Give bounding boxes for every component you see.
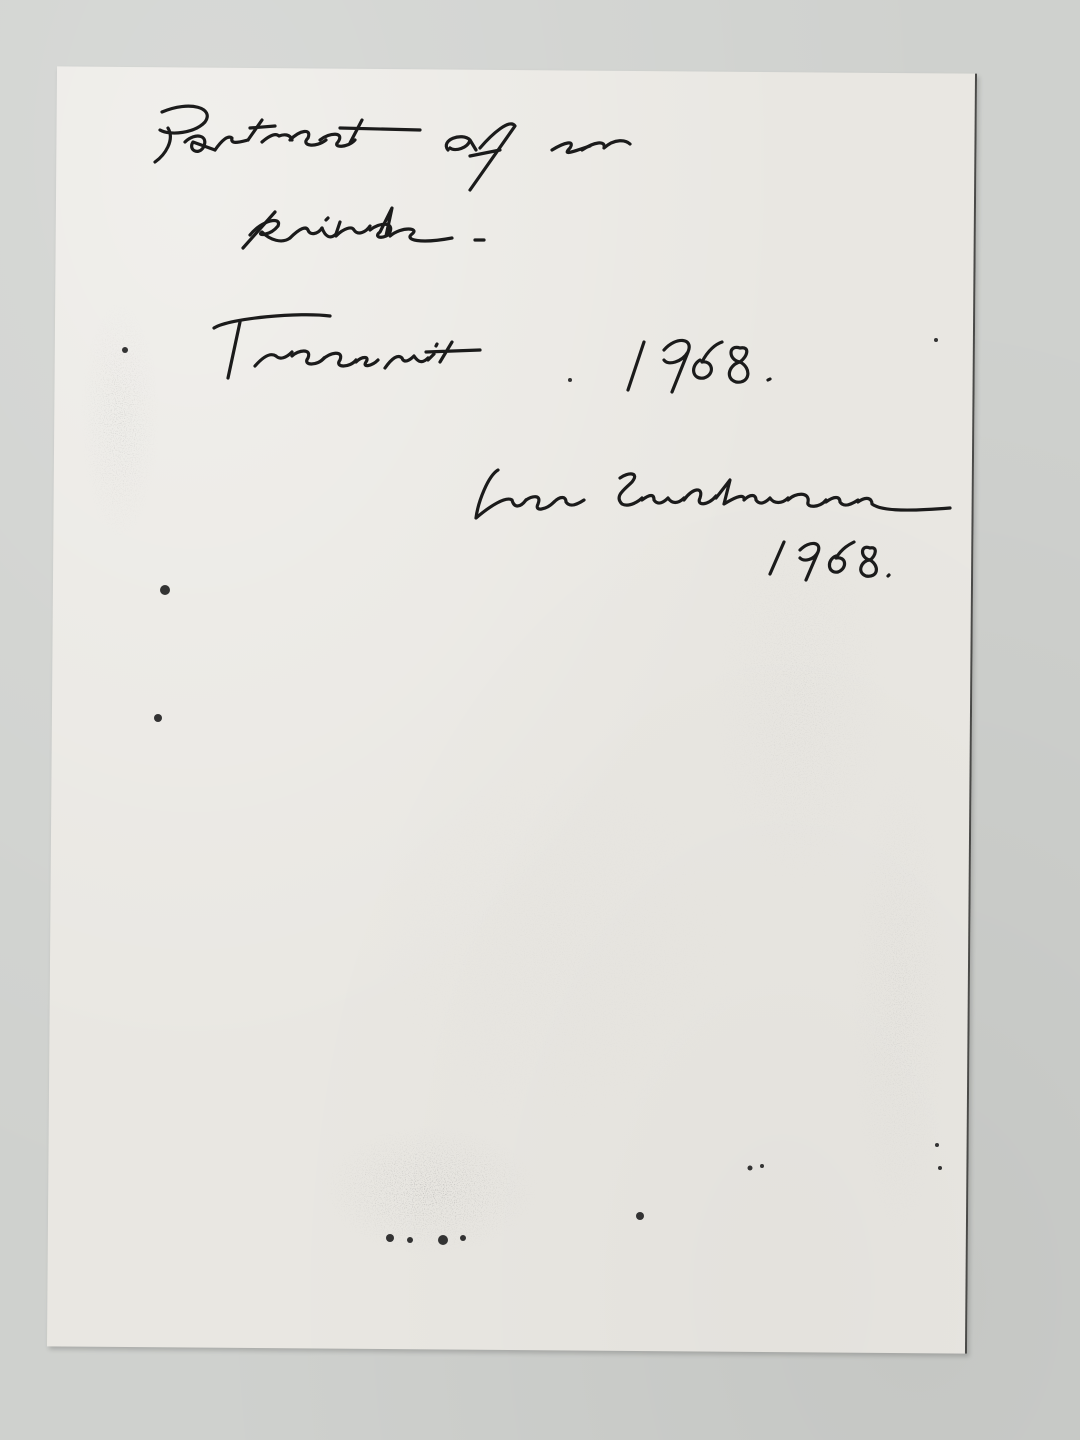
inscription-medium-year: 1968. — [620, 330, 746, 394]
inscription-title-line2: kvinde - — [255, 200, 440, 264]
artist-signature: Svend Engelmann — [480, 460, 845, 518]
signature-year: 1968. — [760, 540, 864, 593]
inscription-medium: Træsnit — [220, 330, 389, 394]
print-back-card — [47, 66, 977, 1353]
photo-background: Portræt af en kvinde - Træsnit 1968. Sve… — [0, 0, 1080, 1440]
inscription-title-line1: Portræt af en — [150, 100, 439, 164]
